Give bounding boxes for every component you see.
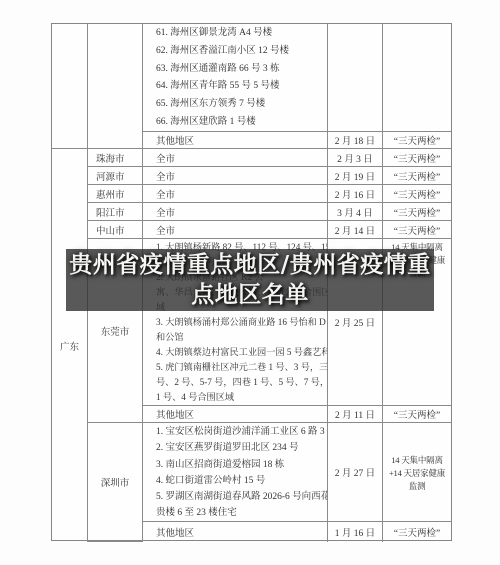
area-line: 66. 海州区建欣路 1 号楼 [156,114,325,132]
scope-cell: 全市 [143,185,328,203]
area-line: 4. 蛇口街道雷公岭村 15 号 [156,473,325,489]
date-cell: 3 月 4 日 [328,203,383,221]
area-line: 3. 大朗镇杨涌村郑公涌商业路 16 号怡和 D 栋怡 [156,315,325,330]
area-line: 3. 南山区招商街道爱榕园 18 栋 [156,457,325,473]
city-cell-yangjiang: 阳江市 [88,203,143,221]
area-line: 1 号、4 号合围区域 [156,390,325,405]
city-cell-zhuhai: 珠海市 [88,149,143,167]
city-cell-zhongshan: 中山市 [88,221,143,239]
scope-cell: 全市 [143,221,328,239]
area-line: 64. 海州区青年路 55 号 5 号楼 [156,78,325,96]
date-cell: 2 月 14 日 [328,221,383,239]
other-areas-label: 其他地区 [143,406,328,423]
city-cell-shenzhen: 深圳市 [88,423,143,542]
headline-line1: 贵州省疫情重点地区/贵州省疫情重 [69,250,430,280]
area-line: 和公馆 [156,330,325,345]
measure-cell: “三天两检” [383,185,451,203]
headline-line2: 点地区名单 [191,280,309,310]
date-cell-shenzhen: 2 月 27 日 [328,423,383,522]
measure-cell: “三天两检” [383,167,451,185]
date-cell: 2 月 18 日 [328,132,383,149]
area-line: 2. 宝安区燕罗街道罗田北区 234 号 [156,440,325,456]
area-line: 61. 海州区御景龙湾 A4 号楼 [156,25,325,43]
measure-cell: “三天两检” [383,221,451,239]
province-cell-top-empty [52,24,88,149]
area-line: 5. 罗湖区南湖街道春风路 2026-6 号向西花园向 [156,489,325,505]
measure-cell: “三天两检” [383,149,451,167]
area-line: 5. 虎门镇南栅社区冲元二巷 1 号、3 号，三巷 1 [156,360,325,375]
measure-cell-empty [383,24,451,132]
city-cell-heyuan: 河源市 [88,167,143,185]
other-areas-label: 其他地区 [143,522,328,542]
date-cell-empty [328,24,383,132]
measure-cell: “三天两检” [383,406,451,423]
area-line: 号、2 号、5-7 号，四巷 1 号、5 号、7 号，五巷 [156,375,325,390]
area-line: 62. 海州区香溢江南小区 12 号楼 [156,43,325,61]
city-cell-top-empty [88,24,143,149]
area-line: 4. 大朗镇蔡边村富民工业园一园 5 号鑫艺科技园 [156,345,325,360]
date-cell: 2 月 19 日 [328,167,383,185]
measure-cell: “三天两检” [383,203,451,221]
date-cell: 2 月 3 日 [328,149,383,167]
area-line: 1. 宝安区松岗街道沙浦洋涌工业区 6 路 3 号、 [156,424,325,440]
scope-cell: 全市 [143,167,328,185]
city-cell-huizhou: 惠州市 [88,185,143,203]
date-cell: 2 月 11 日 [328,406,383,423]
area-line: 65. 海州区东方领秀 7 号楼 [156,96,325,114]
date-cell: 1 月 16 日 [328,522,383,542]
document-page: 61. 海州区御景龙湾 A4 号楼 62. 海州区香溢江南小区 12 号楼 63… [0,0,500,565]
scope-cell: 全市 [143,149,328,167]
headline-overlay: 贵州省疫情重点地区/贵州省疫情重 点地区名单 [66,249,434,311]
area-list-shenzhen: 1. 宝安区松岗街道沙浦洋涌工业区 6 路 3 号、 2. 宝安区燕罗街道罗田北… [143,423,328,522]
area-line: 贵楼 6 至 23 楼住宅 [156,505,325,521]
measure-cell: “三天两检” [383,132,451,149]
area-line: 63. 海州区通灌南路 66 号 3 栋 [156,61,325,79]
province-cell-guangdong: 广东 [52,149,88,542]
other-areas-label: 其他地区 [143,132,328,149]
measure-cell-shenzhen: 14 天集中隔离+14 天居家健康监测 [383,423,451,522]
scope-cell: 全市 [143,203,328,221]
area-list-haizhou: 61. 海州区御景龙湾 A4 号楼 62. 海州区香溢江南小区 12 号楼 63… [143,24,328,132]
measure-cell: “三天两检” [383,522,451,542]
date-cell: 2 月 16 日 [328,185,383,203]
